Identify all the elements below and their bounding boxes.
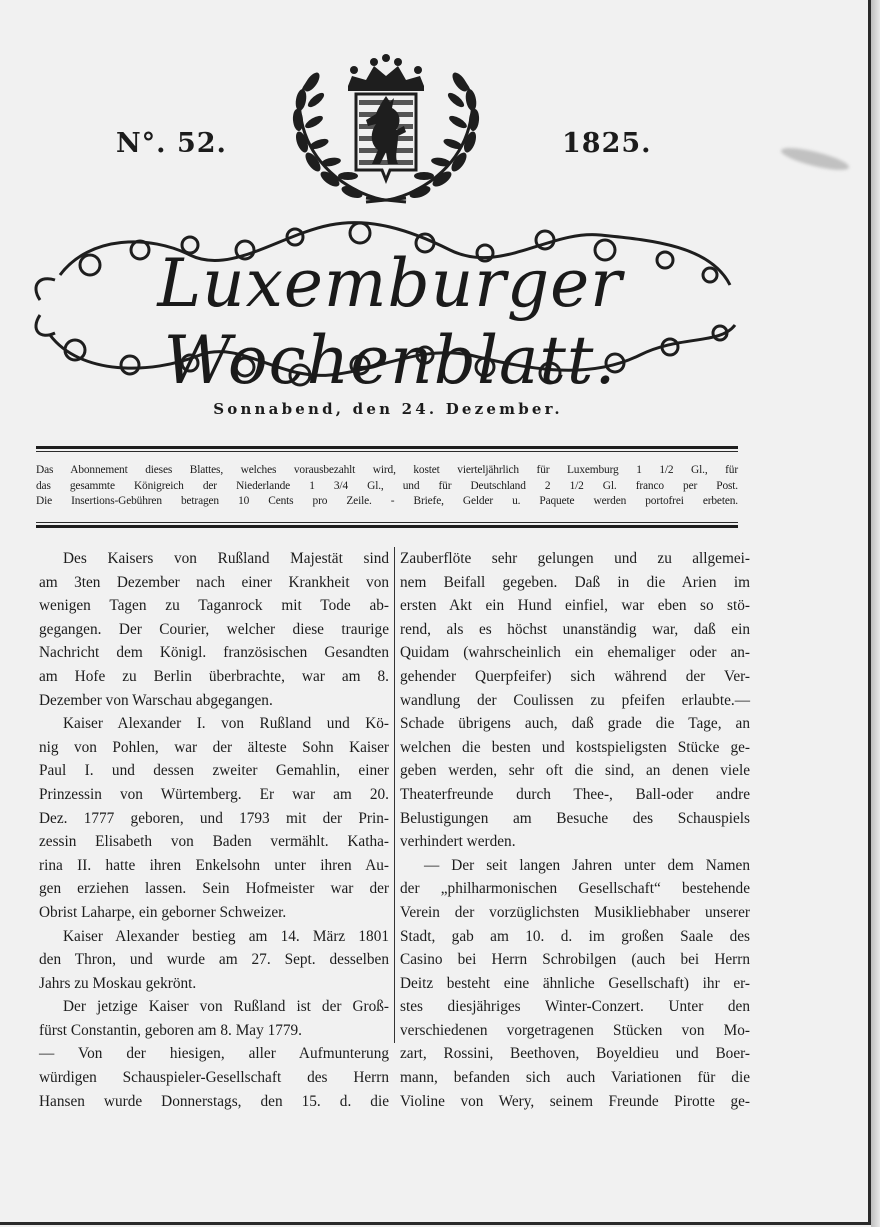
text-line: Nachricht dem Königl. französischen Gesa… (39, 641, 389, 665)
text-line: mann, befanden sich auch Variationen für… (400, 1066, 750, 1090)
newspaper-title: Luxemburger Wochenblatt. (30, 245, 750, 399)
subscription-notice: Das Abonnement dieses Blattes, welches v… (36, 463, 738, 510)
text-line: Obrist Laharpe, ein geborner Schweizer. (39, 901, 389, 925)
text-line: gegangen. Der Courier, welcher diese tra… (39, 618, 389, 642)
text-line: wandlung der Coulissen zu pfeifen erlaub… (400, 689, 750, 713)
text-line: Hansen wurde Donnerstags, den 15. d. die (39, 1090, 389, 1114)
text-line: welchen die besten und kostspieligsten S… (400, 736, 750, 760)
text-line: — Von der hiesigen, aller Aufmunterung (39, 1042, 389, 1066)
text-line: Belustigungen am Besuche des Schauspiels (400, 807, 750, 831)
text-line: Dez. 1777 geboren, und 1793 mit der Prin… (39, 807, 389, 831)
text-line: Schade übrigens auch, daß grade die Tage… (400, 712, 750, 736)
text-line: fürst Constantin, geboren am 8. May 1779… (39, 1019, 389, 1043)
article-column-right: Zauberflöte sehr gelungen und zu allgeme… (400, 547, 750, 1113)
text-line: Quidam (wahrscheinlich ein ehemaliger od… (400, 641, 750, 665)
newspaper-page: N°. 52. 1825. (0, 0, 871, 1225)
issue-number: N°. 52. (116, 128, 227, 159)
text-line: rina II. hatte ihren Enkelsohn unter ihr… (39, 854, 389, 878)
text-line: wenigen Tagen zu Taganrock mit Tode ab- (39, 594, 389, 618)
text-line: gen erziehen lassen. Sein Hofmeister war… (39, 877, 389, 901)
text-line: nem Beifall gegeben. Daß in die Arien im (400, 571, 750, 595)
text-line: Des Kaisers von Rußland Majestät sind (39, 547, 389, 571)
text-line: geben werden, sehr oft die sind, an dene… (400, 759, 750, 783)
text-line: Kaiser Alexander I. von Rußland und Kö- (39, 712, 389, 736)
text-line: Violine von Wery, seinem Freunde Pirotte… (400, 1090, 750, 1114)
text-line: Kaiser Alexander bestieg am 14. März 180… (39, 925, 389, 949)
text-line: würdigen Schauspieler-Gesellschaft des H… (39, 1066, 389, 1090)
text-line: Deitz besteht eine ähnliche Gesellschaft… (400, 972, 750, 996)
text-line: Zauberflöte sehr gelungen und zu allgeme… (400, 547, 750, 571)
notice-line: Die Insertions-Gebühren betragen 10 Cent… (36, 494, 738, 510)
text-line: Dezember von Warschau abgegangen. (39, 689, 389, 713)
text-line: verhindert werden. (400, 830, 750, 854)
text-line: Der jetzige Kaiser von Rußland ist der G… (39, 995, 389, 1019)
page-edge-shadow (871, 0, 880, 1227)
text-line: am Hofe zu Berlin überbrachte, war am 8. (39, 665, 389, 689)
masthead-title: Luxemburger Wochenblatt. (30, 205, 750, 405)
text-line: gehender Querpfeifer) sich während der V… (400, 665, 750, 689)
text-line: Jahrs zu Moskau gekrönt. (39, 972, 389, 996)
text-line: Verein der vorzüglichsten Musikliebhaber… (400, 901, 750, 925)
text-line: Stadt, gab am 10. d. im großen Saale des (400, 925, 750, 949)
ink-stain (779, 144, 850, 175)
issue-year: 1825. (562, 128, 652, 159)
text-line: Paul I. und dessen zweiter Gemahlin, ein… (39, 759, 389, 783)
text-line: stes diesjähriges Winter-Conzert. Unter … (400, 995, 750, 1019)
text-line: ersten Akt ein Hund einfiel, war eben so… (400, 594, 750, 618)
text-line: der „philharmonischen Gesellschaft“ best… (400, 877, 750, 901)
issue-date: Sonnabend, den 24. Dezember. (0, 400, 776, 418)
notice-line: das gesammte Königreich der Niederlande … (36, 479, 738, 495)
text-line: zart, Rossini, Beethoven, Boyeldieu und … (400, 1042, 750, 1066)
text-line: den Thron, und wurde am 27. Sept. dessel… (39, 948, 389, 972)
text-line: Casino bei Herrn Schrobilgen (auch bei H… (400, 948, 750, 972)
text-line: nig von Pohlen, war der älteste Sohn Kai… (39, 736, 389, 760)
text-line: rend, als es höchst unanständig war, daß… (400, 618, 750, 642)
text-line: Prinzessin von Würtemberg. Er war am 20. (39, 783, 389, 807)
rule-divider (36, 522, 738, 528)
text-line: zessin Elisabeth von Baden vermählt. Kat… (39, 830, 389, 854)
column-divider (394, 547, 395, 1043)
text-line: Theaterfreunde durch Thee-, Ball-oder an… (400, 783, 750, 807)
article-column-left: Des Kaisers von Rußland Majestät sindam … (39, 547, 389, 1113)
rule-divider (36, 446, 738, 452)
text-line: — Der seit langen Jahren unter dem Namen (400, 854, 750, 878)
coat-of-arms-icon (286, 52, 486, 212)
text-line: am 3ten Dezember nach einer Krankheit vo… (39, 571, 389, 595)
notice-line: Das Abonnement dieses Blattes, welches v… (36, 463, 738, 479)
text-line: verschiedenen vorgetragenen Stücken von … (400, 1019, 750, 1043)
